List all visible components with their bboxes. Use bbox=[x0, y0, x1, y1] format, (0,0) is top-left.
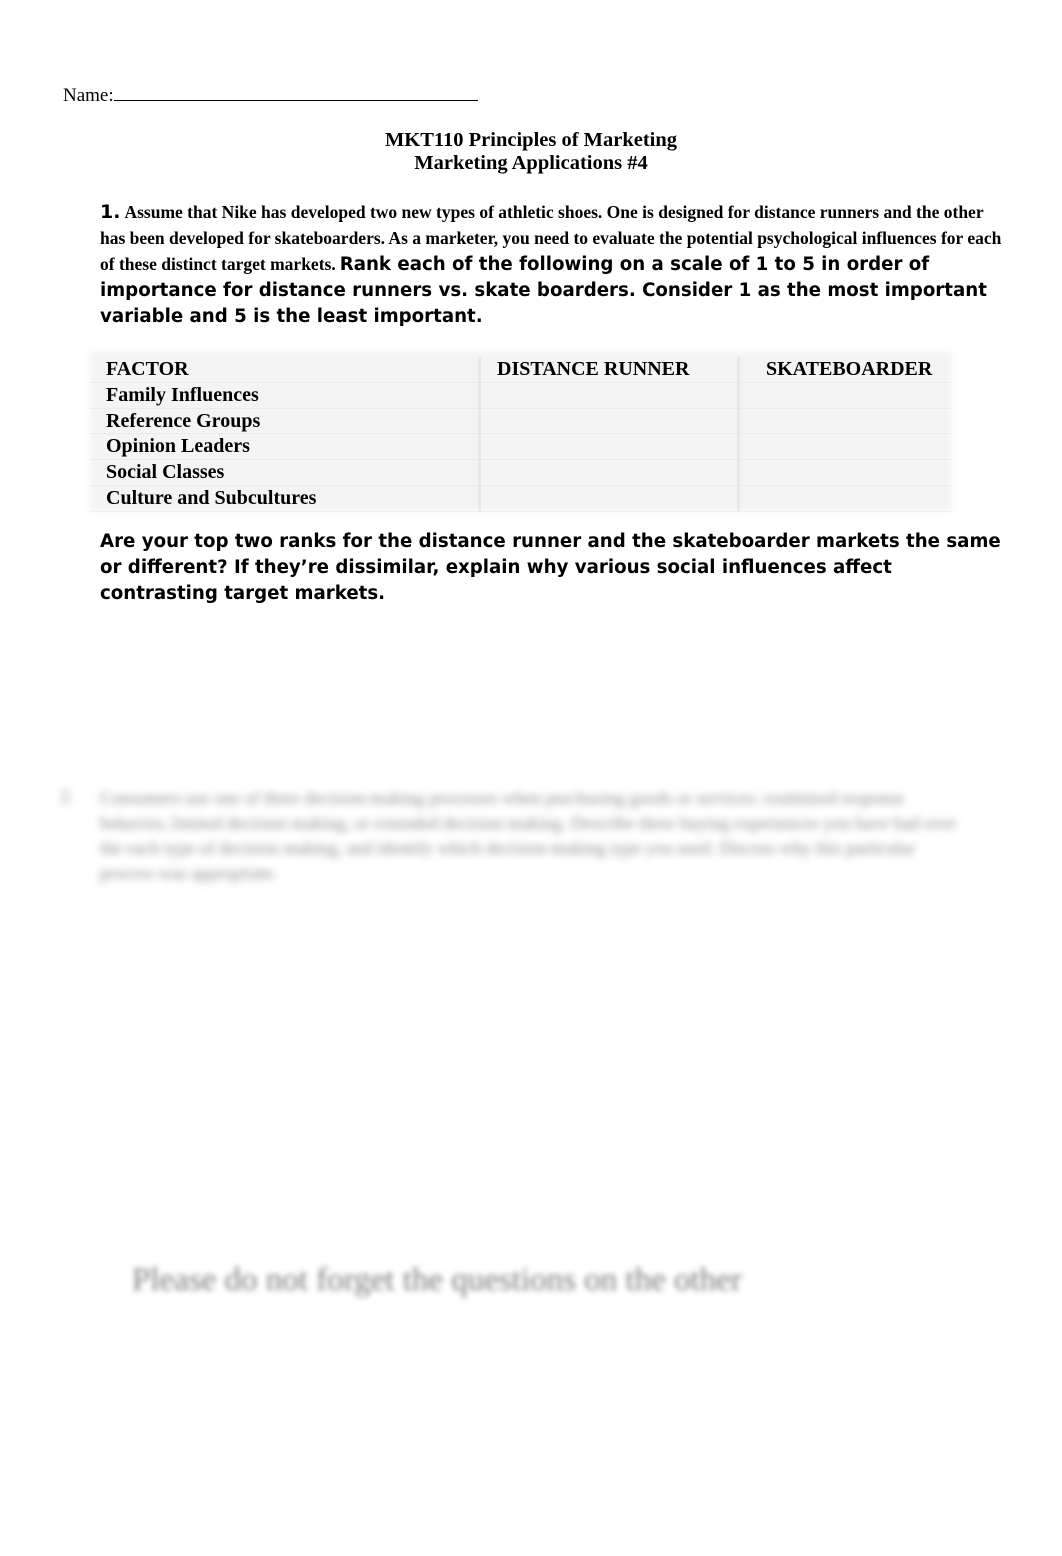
skateboarder-rank-cell[interactable] bbox=[739, 460, 953, 486]
question-2-number: 2. bbox=[60, 786, 74, 807]
table-row: Culture and Subcultures bbox=[90, 485, 952, 511]
distance-runner-rank-cell[interactable] bbox=[480, 408, 739, 434]
distance-runner-rank-cell[interactable] bbox=[480, 434, 739, 460]
name-label: Name: bbox=[63, 85, 114, 106]
name-field[interactable]: Name: bbox=[63, 82, 478, 107]
header-distance-runner: DISTANCE RUNNER bbox=[480, 357, 739, 382]
followup-question: Are your top two ranks for the distance … bbox=[100, 529, 1005, 607]
document-title: MKT110 Principles of Marketing Marketing… bbox=[0, 129, 1062, 175]
factor-cell: Social Classes bbox=[90, 460, 480, 486]
table-row: Social Classes bbox=[90, 460, 952, 486]
header-skateboarder: SKATEBOARDER bbox=[739, 357, 953, 382]
distance-runner-rank-cell[interactable] bbox=[480, 485, 739, 511]
skateboarder-rank-cell[interactable] bbox=[739, 408, 953, 434]
table-header-row: FACTOR DISTANCE RUNNER SKATEBOARDER bbox=[90, 357, 952, 382]
question-1-number: 1. bbox=[100, 201, 120, 223]
course-title: MKT110 Principles of Marketing bbox=[0, 129, 1062, 152]
skateboarder-rank-cell[interactable] bbox=[739, 485, 953, 511]
assignment-title: Marketing Applications #4 bbox=[0, 152, 1062, 175]
factor-cell: Family Influences bbox=[90, 382, 480, 408]
table-row: Reference Groups bbox=[90, 408, 952, 434]
blurred-reminder: Please do not forget the questions on th… bbox=[132, 1262, 742, 1299]
factor-cell: Opinion Leaders bbox=[90, 434, 480, 460]
skateboarder-rank-cell[interactable] bbox=[739, 434, 953, 460]
skateboarder-rank-cell[interactable] bbox=[739, 382, 953, 408]
factor-cell: Culture and Subcultures bbox=[90, 485, 480, 511]
table-row: Family Influences bbox=[90, 382, 952, 408]
distance-runner-rank-cell[interactable] bbox=[480, 460, 739, 486]
distance-runner-rank-cell[interactable] bbox=[480, 382, 739, 408]
header-factor: FACTOR bbox=[90, 357, 480, 382]
question-1: 1. Assume that Nike has developed two ne… bbox=[100, 200, 1005, 330]
question-2-text: Consumers use one of three decision-maki… bbox=[100, 786, 960, 886]
ranking-table: FACTOR DISTANCE RUNNER SKATEBOARDER Fami… bbox=[90, 351, 952, 511]
factor-cell: Reference Groups bbox=[90, 408, 480, 434]
table-row: Opinion Leaders bbox=[90, 434, 952, 460]
name-blank-line[interactable] bbox=[114, 82, 478, 101]
